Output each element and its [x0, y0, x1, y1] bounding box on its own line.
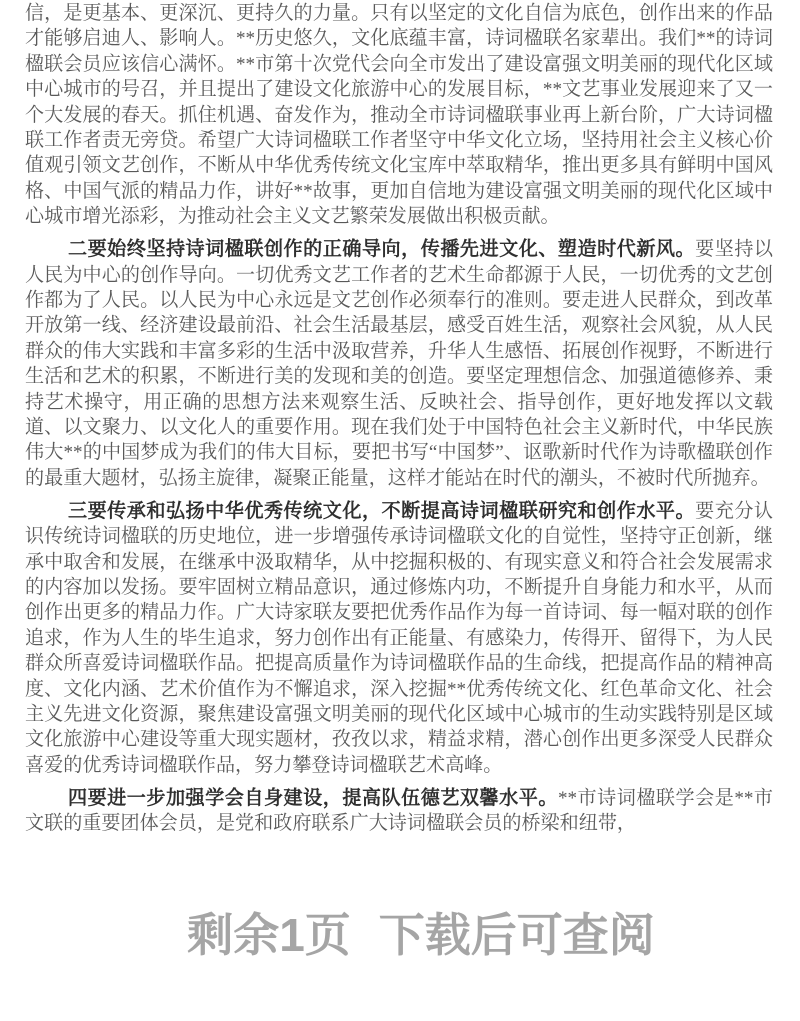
download-hint-label: 下载后可查阅 — [379, 909, 655, 961]
paragraph-body: 信，是更基本、更深沉、更持久的力量。只有以坚定的文化自信为底色，创作出来的作品才… — [25, 3, 773, 227]
paragraph: 信，是更基本、更深沉、更持久的力量。只有以坚定的文化自信为底色，创作出来的作品才… — [25, 1, 773, 230]
paragraph-body: 要坚持以人民为中心的创作导向。一切优秀文艺工作者的艺术生命都源于人民，一切优秀的… — [25, 239, 773, 489]
paragraph: 四要进一步加强学会自身建设，提高队伍德艺双馨水平。**市诗词楹联学会是**市文联… — [25, 786, 773, 837]
paragraph-lead: 二要始终坚持诗词楹联创作的正确导向，传播先进文化、塑造时代新风。 — [68, 239, 695, 260]
pages-remaining-watermark: 剩余1页下载后可查阅 — [0, 908, 800, 963]
pages-remaining-label: 剩余1页 — [187, 909, 351, 961]
document-body: 信，是更基本、更深沉、更持久的力量。只有以坚定的文化自信为底色，创作出来的作品才… — [25, 1, 773, 837]
paragraph-lead: 四要进一步加强学会自身建设，提高队伍德艺双馨水平。 — [68, 788, 558, 809]
document-page: 信，是更基本、更深沉、更持久的力量。只有以坚定的文化自信为底色，创作出来的作品才… — [25, 1, 773, 844]
paragraph-lead: 三要传承和弘扬中华优秀传统文化，不断提高诗词楹联研究和创作水平。 — [68, 501, 695, 522]
paragraph: 三要传承和弘扬中华优秀传统文化，不断提高诗词楹联研究和创作水平。要充分认识传统诗… — [25, 499, 773, 778]
paragraph-body: 要充分认识传统诗词楹联的历史地位，进一步增强传承诗词楹联文化的自觉性，坚持守正创… — [25, 501, 773, 776]
paragraph: 二要始终坚持诗词楹联创作的正确导向，传播先进文化、塑造时代新风。要坚持以人民为中… — [25, 237, 773, 491]
